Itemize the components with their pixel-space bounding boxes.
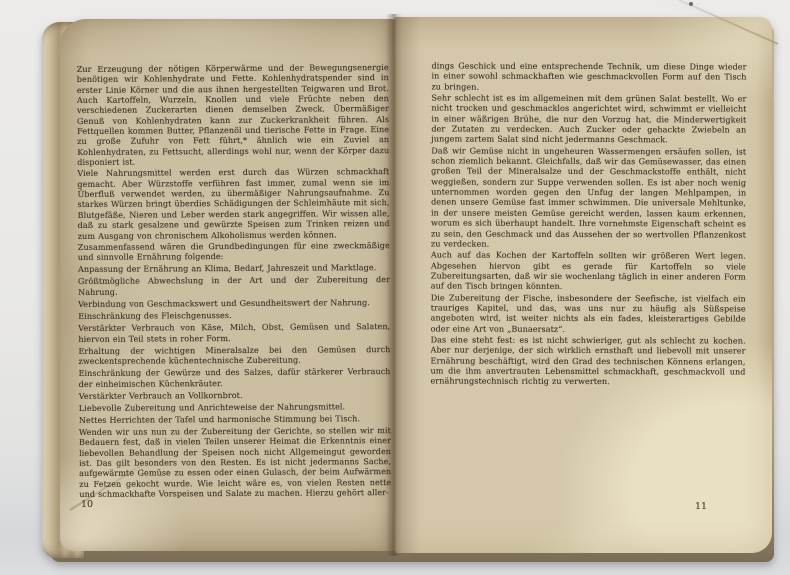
paragraph: Zur Erzeugung der nötigen Körperwärme un… <box>77 62 390 167</box>
guideline-item: Verbindung von Geschmackswert und Gesund… <box>78 297 390 309</box>
paragraph: Sehr schlecht ist es im allgemeinen mit … <box>431 92 746 145</box>
paragraph: Wenden wir uns nun zu der Zubereitung de… <box>79 425 391 499</box>
guideline-item: Liebevolle Zubereitung und Anrichteweise… <box>79 401 391 413</box>
guideline-item: Verstärkter Verbrauch an Vollkornbrot. <box>79 389 391 401</box>
book-photo-background: Zur Erzeugung der nötigen Körperwärme un… <box>0 0 790 575</box>
paragraph: Das eine steht fest: es ist nicht schwie… <box>430 334 745 387</box>
right-page-fold-line <box>641 0 779 45</box>
paragraph: Daß wir Gemüse nicht in ungeheuren Wasse… <box>431 145 746 250</box>
guideline-item: Einschränkung der Gewürze und des Salzes… <box>79 366 391 389</box>
guideline-item: Nettes Herrichten der Tafel und harmonis… <box>79 413 391 425</box>
paragraph: Viele Nahrungsmittel werden erst durch d… <box>77 166 389 240</box>
guideline-item: Erhaltung der wichtigen Mineralsalze bei… <box>78 344 390 367</box>
page-number-right: 11 <box>695 501 707 512</box>
paragraph: Auch auf das Kochen der Kartoffeln sollt… <box>431 250 746 292</box>
guideline-item: Einschränkung des Fleischgenusses. <box>78 309 390 321</box>
open-book: Zur Erzeugung der nötigen Körperwärme un… <box>36 6 778 562</box>
paragraph: dings Geschick und eine entsprechende Te… <box>431 60 746 92</box>
guideline-item: Verstärkter Verbrauch von Käse, Milch, O… <box>78 321 390 344</box>
guideline-item: Größtmögliche Abwechslung in der Art und… <box>78 275 390 298</box>
page-number-left: 10 <box>81 499 93 510</box>
right-page-text: dings Geschick und eine entsprechende Te… <box>430 60 746 388</box>
paragraph: Die Zubereitung der Fische, insbesondere… <box>431 292 746 334</box>
paragraph: Zusammenfassend wären die Grundbedingung… <box>78 240 390 263</box>
guideline-item: Anpassung der Ernährung an Klima, Bedarf… <box>78 262 390 274</box>
left-page-text: Zur Erzeugung der nötigen Körperwärme un… <box>77 62 392 500</box>
